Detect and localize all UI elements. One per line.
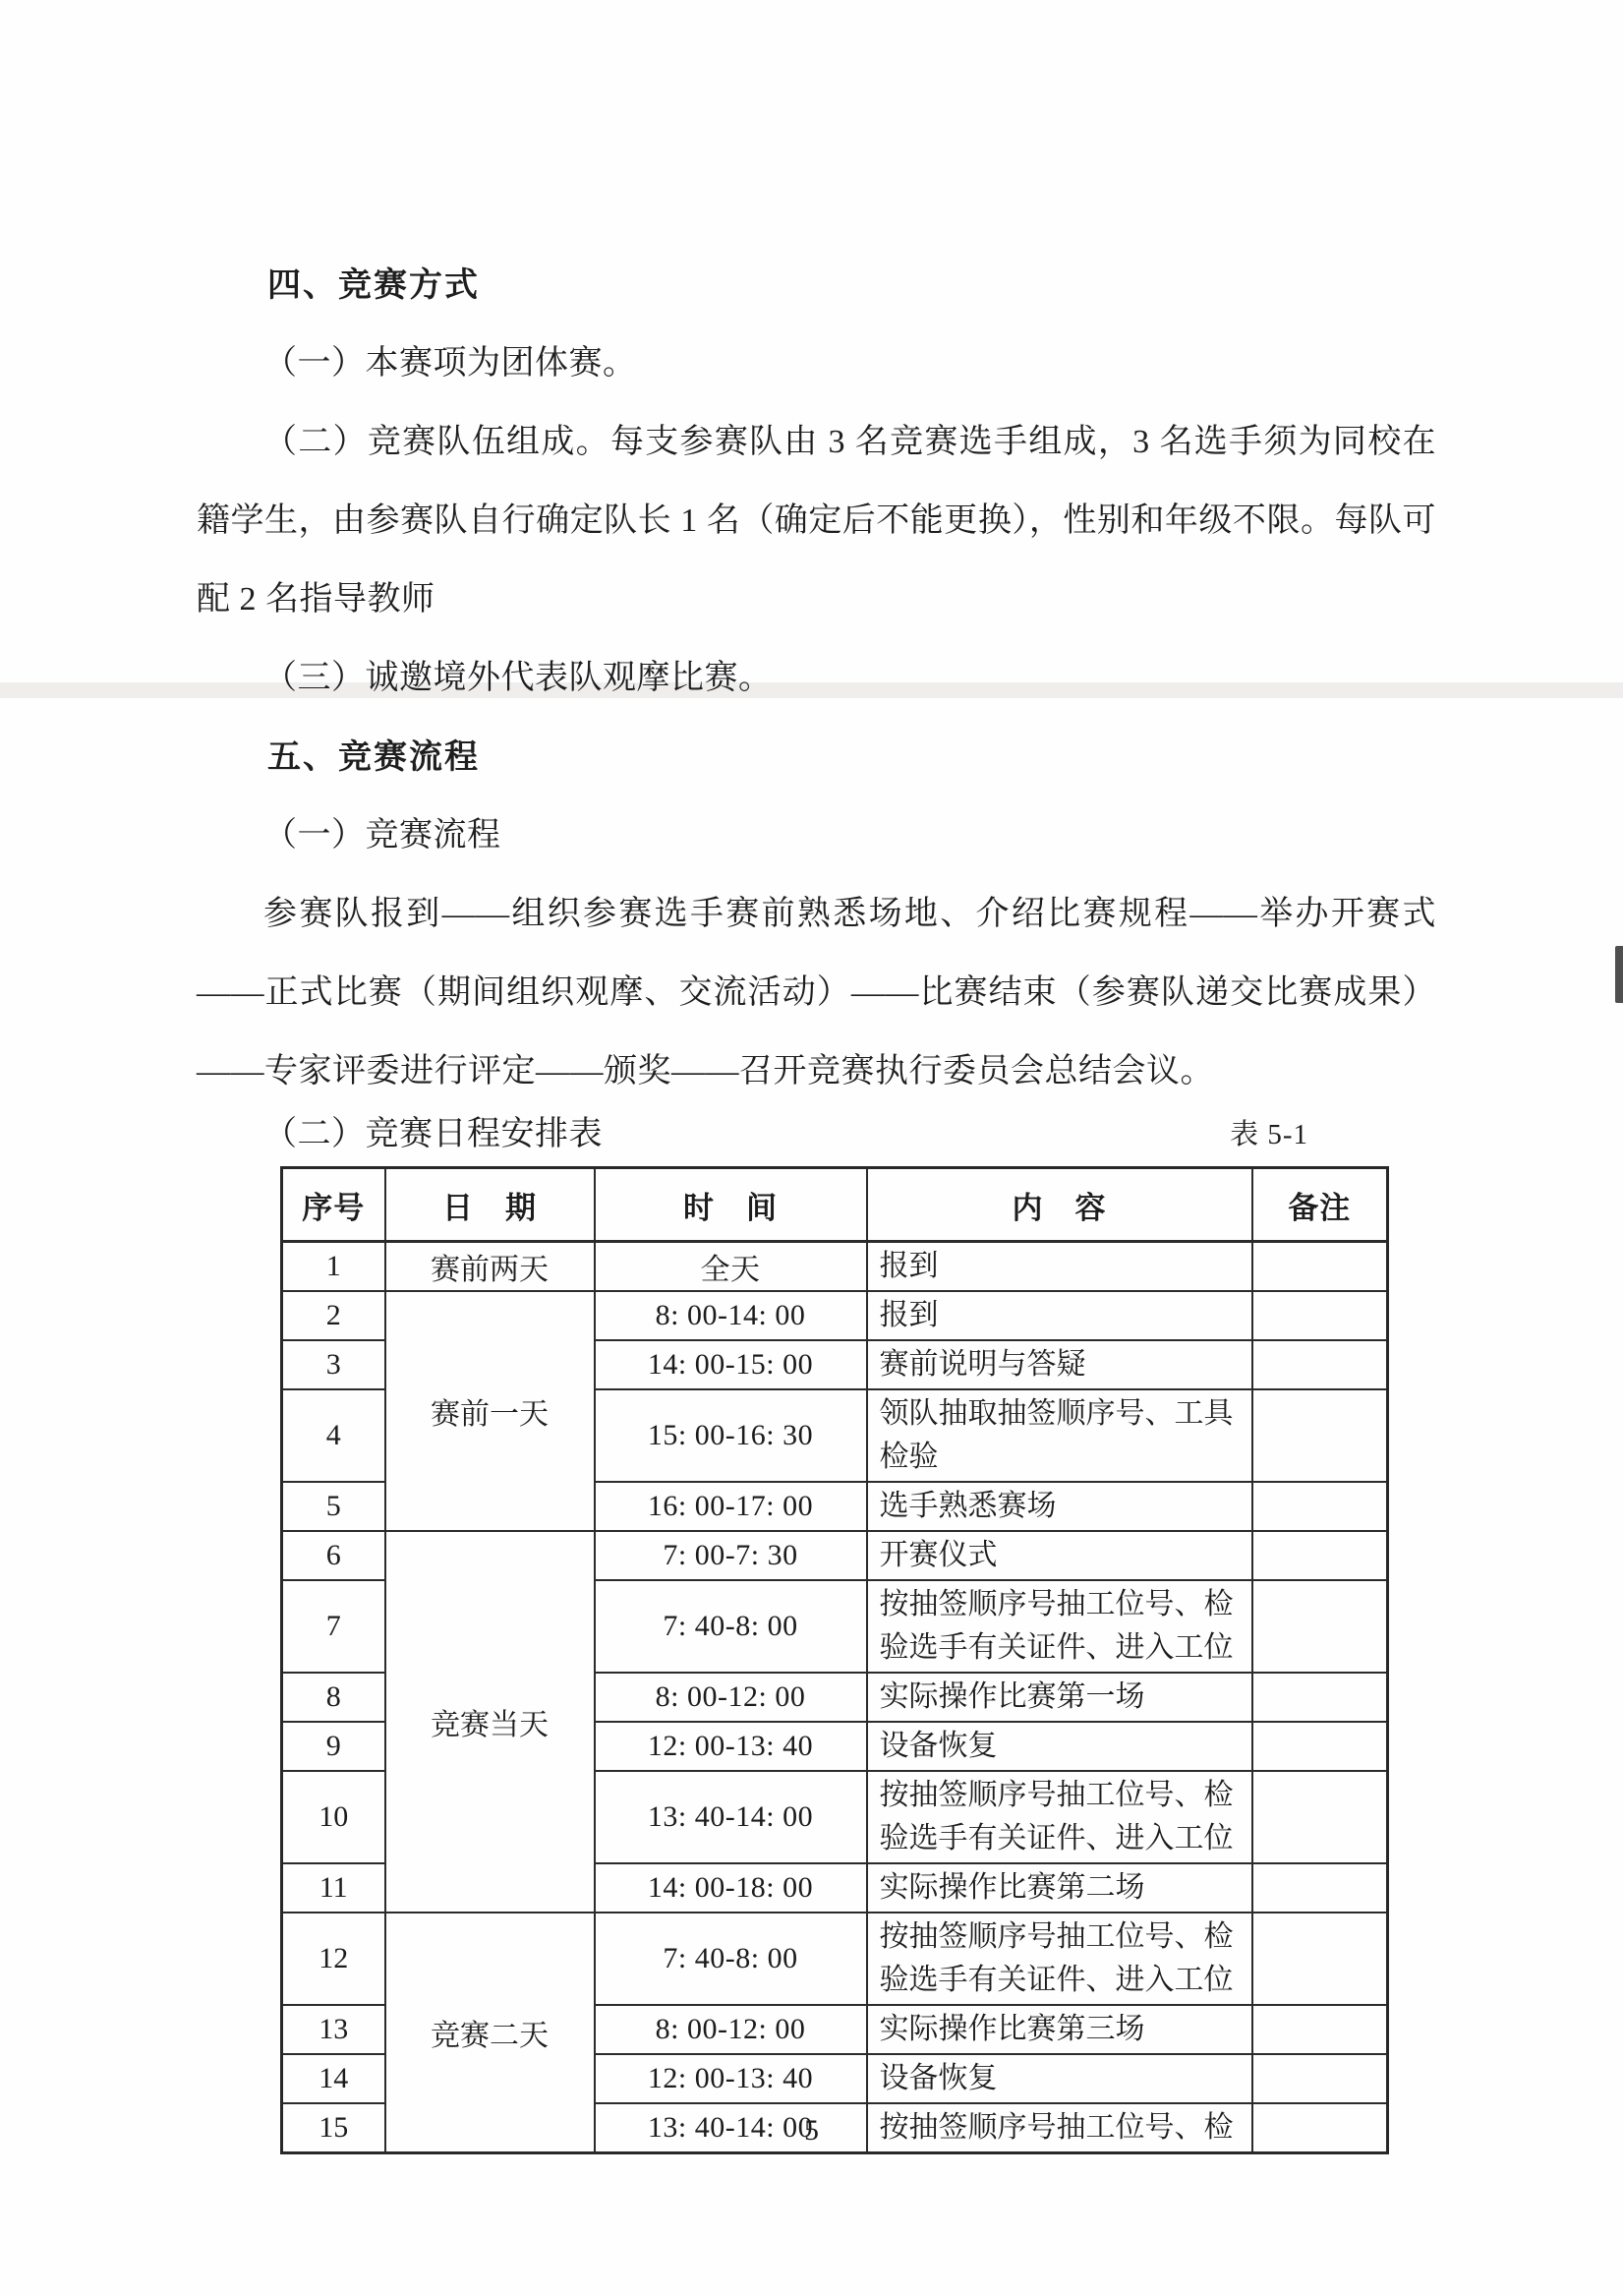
cell-no: 2 <box>282 1291 385 1340</box>
table-row: 12竞赛二天7: 40-8: 00按抽签顺序号抽工位号、检验选手有关证件、进入工… <box>282 1913 1388 2005</box>
cell-note <box>1252 1913 1388 2005</box>
table-row: 1赛前两天全天报到 <box>282 1242 1388 1292</box>
cell-time: 16: 00-17: 00 <box>595 1482 867 1531</box>
cell-time: 12: 00-13: 40 <box>595 2054 867 2103</box>
cell-no: 14 <box>282 2054 385 2103</box>
cell-note <box>1252 1531 1388 1580</box>
cell-note <box>1252 1340 1388 1389</box>
cell-note <box>1252 1673 1388 1722</box>
cell-no: 6 <box>282 1531 385 1580</box>
cell-content: 开赛仪式 <box>867 1531 1252 1580</box>
cell-time: 7: 00-7: 30 <box>595 1531 867 1580</box>
cell-time: 7: 40-8: 00 <box>595 1913 867 2005</box>
scan-artifact-smudge <box>1615 946 1623 1003</box>
cell-time: 全天 <box>595 1242 867 1292</box>
schedule-table: 序号 日 期 时 间 内 容 备注 1赛前两天全天报到2赛前一天8: 00-14… <box>280 1166 1389 2154</box>
cell-content: 实际操作比赛第一场 <box>867 1673 1252 1722</box>
cell-no: 9 <box>282 1722 385 1771</box>
cell-time: 14: 00-18: 00 <box>595 1863 867 1913</box>
schedule-table-body: 1赛前两天全天报到2赛前一天8: 00-14: 00报到314: 00-15: … <box>282 1242 1388 2153</box>
cell-time: 12: 00-13: 40 <box>595 1722 867 1771</box>
schedule-table-header: 序号 日 期 时 间 内 容 备注 <box>282 1168 1388 1242</box>
section-4-item-2: （二）竞赛队伍组成。每支参赛队由 3 名竞赛选手组成，3 名选手须为同校在籍学生… <box>197 403 1436 639</box>
cell-content: 实际操作比赛第二场 <box>867 1863 1252 1913</box>
table-caption-row: （二）竞赛日程安排表 表 5-1 <box>197 1111 1436 1158</box>
cell-date: 赛前一天 <box>385 1291 595 1531</box>
cell-note <box>1252 1389 1388 1482</box>
cell-content: 报到 <box>867 1291 1252 1340</box>
page-number: 5 <box>0 2114 1623 2148</box>
cell-time: 8: 00-12: 00 <box>595 2005 867 2054</box>
cell-time: 8: 00-12: 00 <box>595 1673 867 1722</box>
cell-note <box>1252 1291 1388 1340</box>
section-4-item-3: （三）诚邀境外代表队观摩比赛。 <box>197 639 1436 718</box>
header-cell-time: 时 间 <box>595 1168 867 1242</box>
cell-no: 8 <box>282 1673 385 1722</box>
section-5-subheading-1: （一）竞赛流程 <box>197 796 1436 875</box>
cell-content: 按抽签顺序号抽工位号、检验选手有关证件、进入工位 <box>867 1771 1252 1863</box>
table-row: 2赛前一天8: 00-14: 00报到 <box>282 1291 1388 1340</box>
cell-content: 赛前说明与答疑 <box>867 1340 1252 1389</box>
cell-time: 14: 00-15: 00 <box>595 1340 867 1389</box>
header-cell-no: 序号 <box>282 1168 385 1242</box>
cell-date: 竞赛当天 <box>385 1531 595 1913</box>
table-row: 6竞赛当天7: 00-7: 30开赛仪式 <box>282 1531 1388 1580</box>
cell-note <box>1252 1482 1388 1531</box>
cell-time: 13: 40-14: 00 <box>595 1771 867 1863</box>
cell-note <box>1252 1580 1388 1673</box>
cell-no: 4 <box>282 1389 385 1482</box>
header-cell-content: 内 容 <box>867 1168 1252 1242</box>
cell-note <box>1252 1771 1388 1863</box>
cell-no: 13 <box>282 2005 385 2054</box>
cell-no: 5 <box>282 1482 385 1531</box>
cell-no: 1 <box>282 1242 385 1292</box>
document-page: 四、竞赛方式 （一）本赛项为团体赛。 （二）竞赛队伍组成。每支参赛队由 3 名竞… <box>0 0 1623 2296</box>
cell-note <box>1252 2005 1388 2054</box>
cell-content: 选手熟悉赛场 <box>867 1482 1252 1531</box>
table-caption: （二）竞赛日程安排表 <box>197 1111 603 1158</box>
cell-content: 领队抽取抽签顺序号、工具检验 <box>867 1389 1252 1482</box>
cell-note <box>1252 1242 1388 1292</box>
cell-content: 按抽签顺序号抽工位号、检验选手有关证件、进入工位 <box>867 1913 1252 2005</box>
cell-no: 3 <box>282 1340 385 1389</box>
cell-note <box>1252 1863 1388 1913</box>
cell-no: 12 <box>282 1913 385 2005</box>
cell-no: 10 <box>282 1771 385 1863</box>
cell-date: 赛前两天 <box>385 1242 595 1292</box>
cell-content: 按抽签顺序号抽工位号、检验选手有关证件、进入工位 <box>867 1580 1252 1673</box>
cell-time: 7: 40-8: 00 <box>595 1580 867 1673</box>
page-content: 四、竞赛方式 （一）本赛项为团体赛。 （二）竞赛队伍组成。每支参赛队由 3 名竞… <box>197 246 1436 2154</box>
cell-note <box>1252 2054 1388 2103</box>
cell-content: 报到 <box>867 1242 1252 1292</box>
competition-flow-paragraph: 参赛队报到——组织参赛选手赛前熟悉场地、介绍比赛规程——举办开赛式——正式比赛（… <box>197 875 1436 1111</box>
cell-no: 11 <box>282 1863 385 1913</box>
table-header-row: 序号 日 期 时 间 内 容 备注 <box>282 1168 1388 1242</box>
cell-note <box>1252 1722 1388 1771</box>
cell-no: 7 <box>282 1580 385 1673</box>
section-5-heading: 五、竞赛流程 <box>197 718 1436 796</box>
section-4-item-1: （一）本赛项为团体赛。 <box>197 324 1436 403</box>
cell-content: 设备恢复 <box>867 1722 1252 1771</box>
header-cell-date: 日 期 <box>385 1168 595 1242</box>
section-4-heading: 四、竞赛方式 <box>197 246 1436 324</box>
cell-content: 设备恢复 <box>867 2054 1252 2103</box>
cell-time: 15: 00-16: 30 <box>595 1389 867 1482</box>
cell-time: 8: 00-14: 00 <box>595 1291 867 1340</box>
header-cell-note: 备注 <box>1252 1168 1388 1242</box>
table-number-label: 表 5-1 <box>1230 1111 1308 1158</box>
cell-content: 实际操作比赛第三场 <box>867 2005 1252 2054</box>
